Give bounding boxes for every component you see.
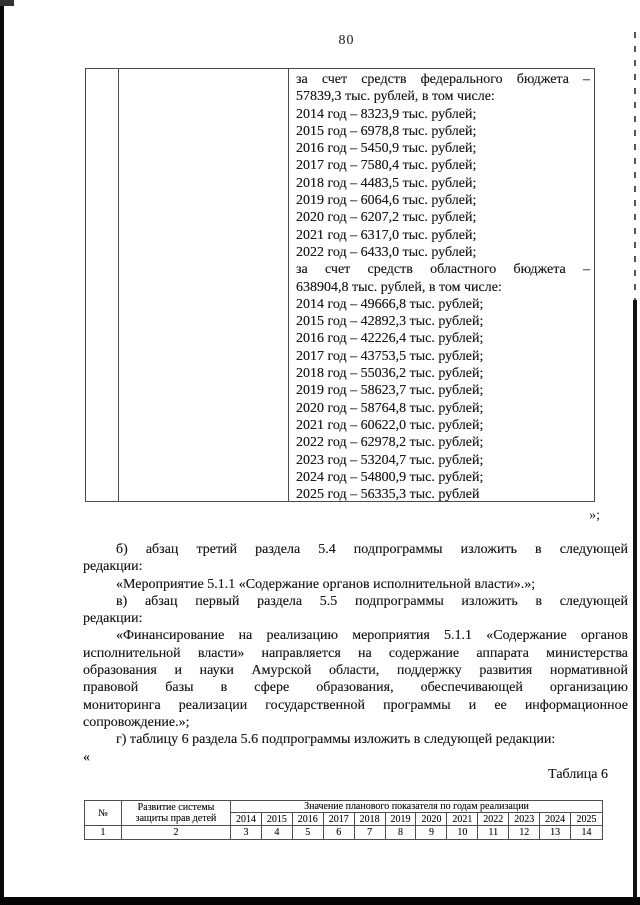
budget-table-col-empty-2 (119, 69, 289, 501)
budget-line: 2020 год – 58764,8 тыс. рублей; (296, 400, 590, 417)
body-line: сопровождение.»; (83, 714, 628, 731)
column-number-cell: 4 (262, 826, 293, 839)
body-line: б) абзац третий раздела 5.4 подпрограммы… (83, 541, 628, 558)
scan-artifact-corner (0, 0, 14, 6)
year-header-cell: 2014 (231, 813, 262, 826)
budget-line: 2019 год – 6064,6 тыс. рублей; (296, 192, 590, 209)
column-number-cell: 6 (324, 826, 355, 839)
column-number-cell: 8 (386, 826, 417, 839)
column-number-cell: 9 (416, 826, 447, 839)
table-caption: Таблица 6 (83, 766, 628, 783)
column-number-cell: 13 (540, 826, 571, 839)
year-header-cell: 2024 (540, 813, 571, 826)
budget-line: 2016 год – 42226,4 тыс. рублей; (296, 330, 590, 347)
body-line: «Мероприятие 5.1.1 «Содержание органов и… (83, 576, 628, 593)
budget-line: за счет средств федерального бюджета – (296, 71, 590, 88)
budget-line: 638904,8 тыс. рублей, в том числе: (296, 279, 590, 296)
year-header-cell: 2020 (416, 813, 447, 826)
column-number-cell: 3 (231, 826, 262, 839)
table-header-program: Развитие системы защиты прав детей (122, 801, 231, 826)
column-number-cell: 5 (293, 826, 324, 839)
budget-line: 2017 год – 43753,5 тыс. рублей; (296, 348, 590, 365)
year-header-cell: 2016 (293, 813, 324, 826)
year-header-cell: 2018 (355, 813, 386, 826)
scan-artifact-bottom-bar (0, 897, 640, 905)
body-line: редакции: (83, 558, 628, 575)
column-number-cell: 10 (447, 826, 478, 839)
scan-artifact-left-bar (0, 0, 4, 905)
budget-table: за счет средств федерального бюджета – 5… (85, 68, 595, 502)
table-header-number: № (85, 801, 122, 826)
column-number-cell: 11 (478, 826, 509, 839)
scan-artifact-right-dashed-line (634, 32, 636, 302)
budget-line: 2022 год – 6433,0 тыс. рублей; (296, 244, 590, 261)
budget-line: 2021 год – 6317,0 тыс. рублей; (296, 227, 590, 244)
budget-line: 2018 год – 55036,2 тыс. рублей; (296, 365, 590, 382)
budget-line: 2023 год – 53204,7 тыс. рублей; (296, 452, 590, 469)
column-number-cell: 7 (355, 826, 386, 839)
budget-line: 2014 год – 49666,8 тыс. рублей; (296, 296, 590, 313)
closing-quote-mark: »; (85, 508, 600, 524)
body-line: г) таблицу 6 раздела 5.6 подпрограммы из… (83, 731, 628, 748)
body-line: образования и науки Амурской области, по… (83, 662, 628, 679)
budget-line: 2021 год – 60622,0 тыс. рублей; (296, 417, 590, 434)
scanned-document-page: { "page": { "number": "80" }, "colors": … (0, 0, 640, 905)
budget-line: 2018 год – 4483,5 тыс. рублей; (296, 175, 590, 192)
plan-indicator-table: № Развитие системы защиты прав детей Зна… (84, 800, 603, 840)
budget-line: 2019 год – 58623,7 тыс. рублей; (296, 382, 590, 399)
body-line: мониторинга реализации государственной п… (83, 697, 628, 714)
budget-line: 2014 год – 8323,9 тыс. рублей; (296, 106, 590, 123)
budget-line: за счет средств областного бюджета – (296, 261, 590, 278)
budget-line: 2022 год – 62978,2 тыс. рублей; (296, 434, 590, 451)
table-header-values-span: Значение планового показателя по годам р… (231, 801, 602, 813)
budget-table-col-empty-1 (86, 69, 119, 501)
year-header-cell: 2022 (478, 813, 509, 826)
body-line: в) абзац первый раздела 5.5 подпрограммы… (83, 593, 628, 610)
year-header-cell: 2017 (324, 813, 355, 826)
body-line: редакции: (83, 610, 628, 627)
budget-line: 2016 год – 5450,9 тыс. рублей; (296, 140, 590, 157)
budget-line: 2015 год – 42892,3 тыс. рублей; (296, 313, 590, 330)
budget-line: 2024 год – 54800,9 тыс. рублей; (296, 469, 590, 486)
year-header-cell: 2021 (447, 813, 478, 826)
body-text: б) абзац третий раздела 5.4 подпрограммы… (83, 541, 628, 783)
page-number: 80 (85, 33, 608, 49)
budget-line: 2017 год – 7580,4 тыс. рублей; (296, 157, 590, 174)
year-header-cell: 2023 (509, 813, 540, 826)
column-number-cell: 2 (122, 826, 231, 839)
budget-line: 2015 год – 6978,8 тыс. рублей; (296, 123, 590, 140)
body-line: «Финансирование на реализацию мероприяти… (83, 627, 628, 644)
column-number-cell: 12 (509, 826, 540, 839)
budget-table-col-text: за счет средств федерального бюджета – 5… (289, 69, 594, 501)
column-number-cell: 1 (85, 826, 122, 839)
budget-line: 2025 год – 56335,3 тыс. рублей (296, 486, 590, 503)
year-header-cell: 2015 (262, 813, 293, 826)
year-header-cell: 2019 (386, 813, 417, 826)
scan-artifact-right-bar (633, 300, 637, 897)
body-line: правовой базы в сфере образования, обесп… (83, 679, 628, 696)
body-line: исполнительной власти» направляется на с… (83, 645, 628, 662)
budget-line: 2020 год – 6207,2 тыс. рублей; (296, 209, 590, 226)
opening-quote-mark: « (83, 749, 628, 766)
column-number-cell: 14 (571, 826, 602, 839)
year-header-cell: 2025 (571, 813, 602, 826)
budget-line: 57839,3 тыс. рублей, в том числе: (296, 88, 590, 105)
